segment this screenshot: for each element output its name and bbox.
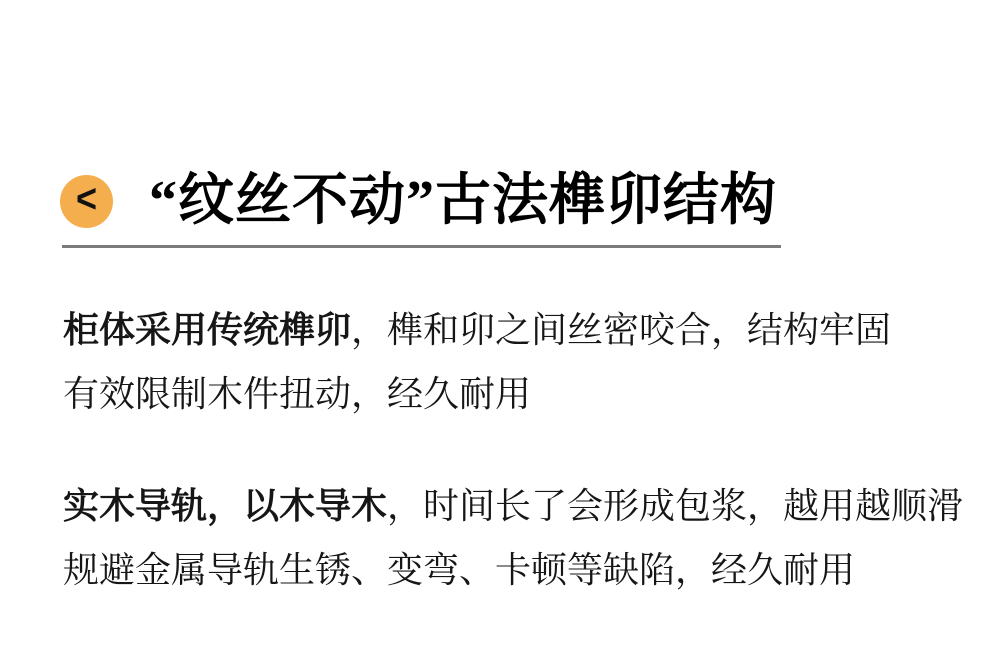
section-header: < “纹丝不动”古法榫卯结构 bbox=[60, 168, 777, 234]
back-button: < bbox=[60, 175, 113, 228]
paragraph: 柜体采用传统榫卯，榫和卯之间丝密咬合，结构牢固 有效限制木件扭动，经久耐用 bbox=[63, 298, 963, 426]
text-bold: 柜体采用传统榫卯 bbox=[63, 309, 351, 350]
text-regular: 有效限制木件扭动，经久耐用 bbox=[63, 373, 531, 414]
text-regular: ，榫和卯之间丝密咬合，结构牢固 bbox=[351, 309, 891, 350]
text-bold: 实木导轨，以木导木 bbox=[63, 485, 387, 526]
text-line: 规避金属导轨生锈、变弯、卡顿等缺陷，经久耐用 bbox=[63, 538, 963, 602]
text-line: 有效限制木件扭动，经久耐用 bbox=[63, 362, 963, 426]
text-regular: 规避金属导轨生锈、变弯、卡顿等缺陷，经久耐用 bbox=[63, 549, 855, 590]
page-title: “纹丝不动”古法榫卯结构 bbox=[149, 173, 777, 229]
paragraph: 实木导轨，以木导木，时间长了会形成包浆，越用越顺滑 规避金属导轨生锈、变弯、卡顿… bbox=[63, 474, 963, 602]
body-copy: 柜体采用传统榫卯，榫和卯之间丝密咬合，结构牢固 有效限制木件扭动，经久耐用 实木… bbox=[63, 298, 963, 602]
text-line: 柜体采用传统榫卯，榫和卯之间丝密咬合，结构牢固 bbox=[63, 298, 963, 362]
chevron-left-icon: < bbox=[76, 179, 97, 219]
title-divider bbox=[62, 245, 781, 248]
text-regular: ，时间长了会形成包浆，越用越顺滑 bbox=[387, 485, 963, 526]
text-line: 实木导轨，以木导木，时间长了会形成包浆，越用越顺滑 bbox=[63, 474, 963, 538]
